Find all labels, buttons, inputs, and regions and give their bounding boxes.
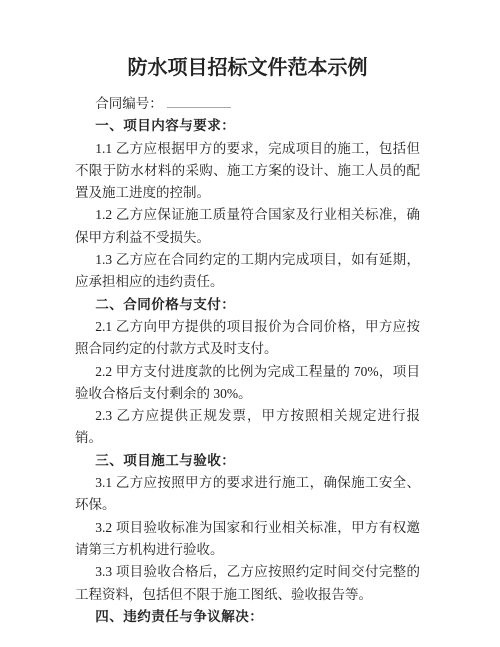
contract-number-line: 合同编号： (75, 93, 420, 115)
section-heading: 三、项目施工与验收： (75, 450, 420, 472)
clause-paragraph: 1.1 乙方应根据甲方的要求，完成项目的施工，包括但不限于防水材料的采购、施工方… (75, 138, 420, 205)
clause-paragraph: 2.2 甲方支付进度款的比例为完成工程量的 70%，项目验收合格后支付剩余的 3… (75, 361, 420, 406)
clause-paragraph: 1.2 乙方应保证施工质量符合国家及行业相关标准，确保甲方利益不受损失。 (75, 204, 420, 249)
section: 四、违约责任与争议解决： (75, 606, 420, 628)
section-heading: 一、项目内容与要求： (75, 115, 420, 137)
section-heading: 四、违约责任与争议解决： (75, 606, 420, 628)
clause-paragraph: 3.2 项目验收标准为国家和行业相关标准，甲方有权邀请第三方机构进行验收。 (75, 517, 420, 562)
clause-paragraph: 1.3 乙方应在合同约定的工期内完成项目，如有延期，应承担相应的违约责任。 (75, 249, 420, 294)
clause-paragraph: 2.3 乙方应提供正规发票，甲方按照相关规定进行报销。 (75, 405, 420, 450)
clause-paragraph: 2.1 乙方向甲方提供的项目报价为合同价格，甲方应按照合同约定的付款方式及时支付… (75, 316, 420, 361)
section: 一、项目内容与要求： 1.1 乙方应根据甲方的要求，完成项目的施工，包括但不限于… (75, 115, 420, 293)
contract-number-label: 合同编号： (95, 96, 163, 111)
clause-paragraph: 3.1 乙方应按照甲方的要求进行施工，确保施工安全、环保。 (75, 472, 420, 517)
document-page: 防水项目招标文件范本示例 合同编号： 一、项目内容与要求： 1.1 乙方应根据甲… (0, 0, 500, 647)
section: 三、项目施工与验收： 3.1 乙方应按照甲方的要求进行施工，确保施工安全、环保。… (75, 450, 420, 606)
section: 二、合同价格与支付： 2.1 乙方向甲方提供的项目报价为合同价格，甲方应按照合同… (75, 294, 420, 450)
contract-number-blank (167, 95, 231, 108)
document-title: 防水项目招标文件范本示例 (75, 55, 420, 81)
section-heading: 二、合同价格与支付： (75, 294, 420, 316)
clause-paragraph: 3.3 项目验收合格后，乙方应按照约定时间交付完整的工程资料，包括但不限于施工图… (75, 561, 420, 606)
